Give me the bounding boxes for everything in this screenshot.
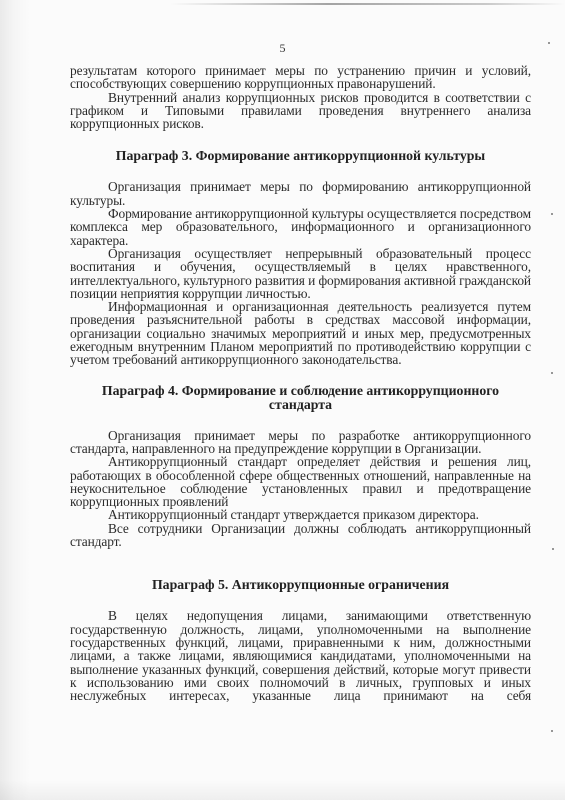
body-paragraph: Информационная и организационная деятель… <box>70 300 531 366</box>
scanned-page: 5 результатам которого принимает меры по… <box>0 0 565 800</box>
scan-speck <box>551 213 553 215</box>
section-heading: Параграф 4. Формирование и соблюдение ан… <box>70 384 531 412</box>
body-paragraph: Организация осуществляет непрерывный обр… <box>70 247 531 300</box>
body-paragraph: В целях недопущения лицами, занимающими … <box>70 609 531 702</box>
body-paragraph: Формирование антикоррупционной культуры … <box>70 207 531 247</box>
scan-speck <box>551 730 553 732</box>
section-paragraph-3: Параграф 3. Формирование антикоррупционн… <box>70 149 531 366</box>
body-paragraph: результатам которого принимает меры по у… <box>70 64 531 91</box>
body-paragraph: Все сотрудники Организации должны соблюд… <box>70 522 531 549</box>
scan-speck <box>548 42 550 44</box>
section-heading: Параграф 3. Формирование антикоррупционн… <box>70 149 531 163</box>
body-paragraph: Организация принимает меры по разработке… <box>70 429 531 456</box>
body-paragraph: Антикоррупционный стандарт определяет де… <box>70 455 531 508</box>
body-paragraph: Антикоррупционный стандарт утверждается … <box>70 508 531 521</box>
body-paragraph: Внутренний анализ коррупционных рисков п… <box>70 91 531 131</box>
section-paragraph-4: Параграф 4. Формирование и соблюдение ан… <box>70 384 531 549</box>
scan-edge-shadow <box>170 3 565 5</box>
section-intro: результатам которого принимает меры по у… <box>70 64 531 130</box>
section-paragraph-5: Параграф 5. Антикоррупционные ограничени… <box>70 578 531 702</box>
body-paragraph: Организация принимает меры по формирован… <box>70 180 531 207</box>
scan-speck <box>552 548 554 550</box>
page-number: 5 <box>0 41 565 56</box>
section-heading: Параграф 5. Антикоррупционные ограничени… <box>70 578 531 592</box>
scan-speck <box>551 372 553 374</box>
document-body: результатам которого принимает меры по у… <box>70 64 531 702</box>
